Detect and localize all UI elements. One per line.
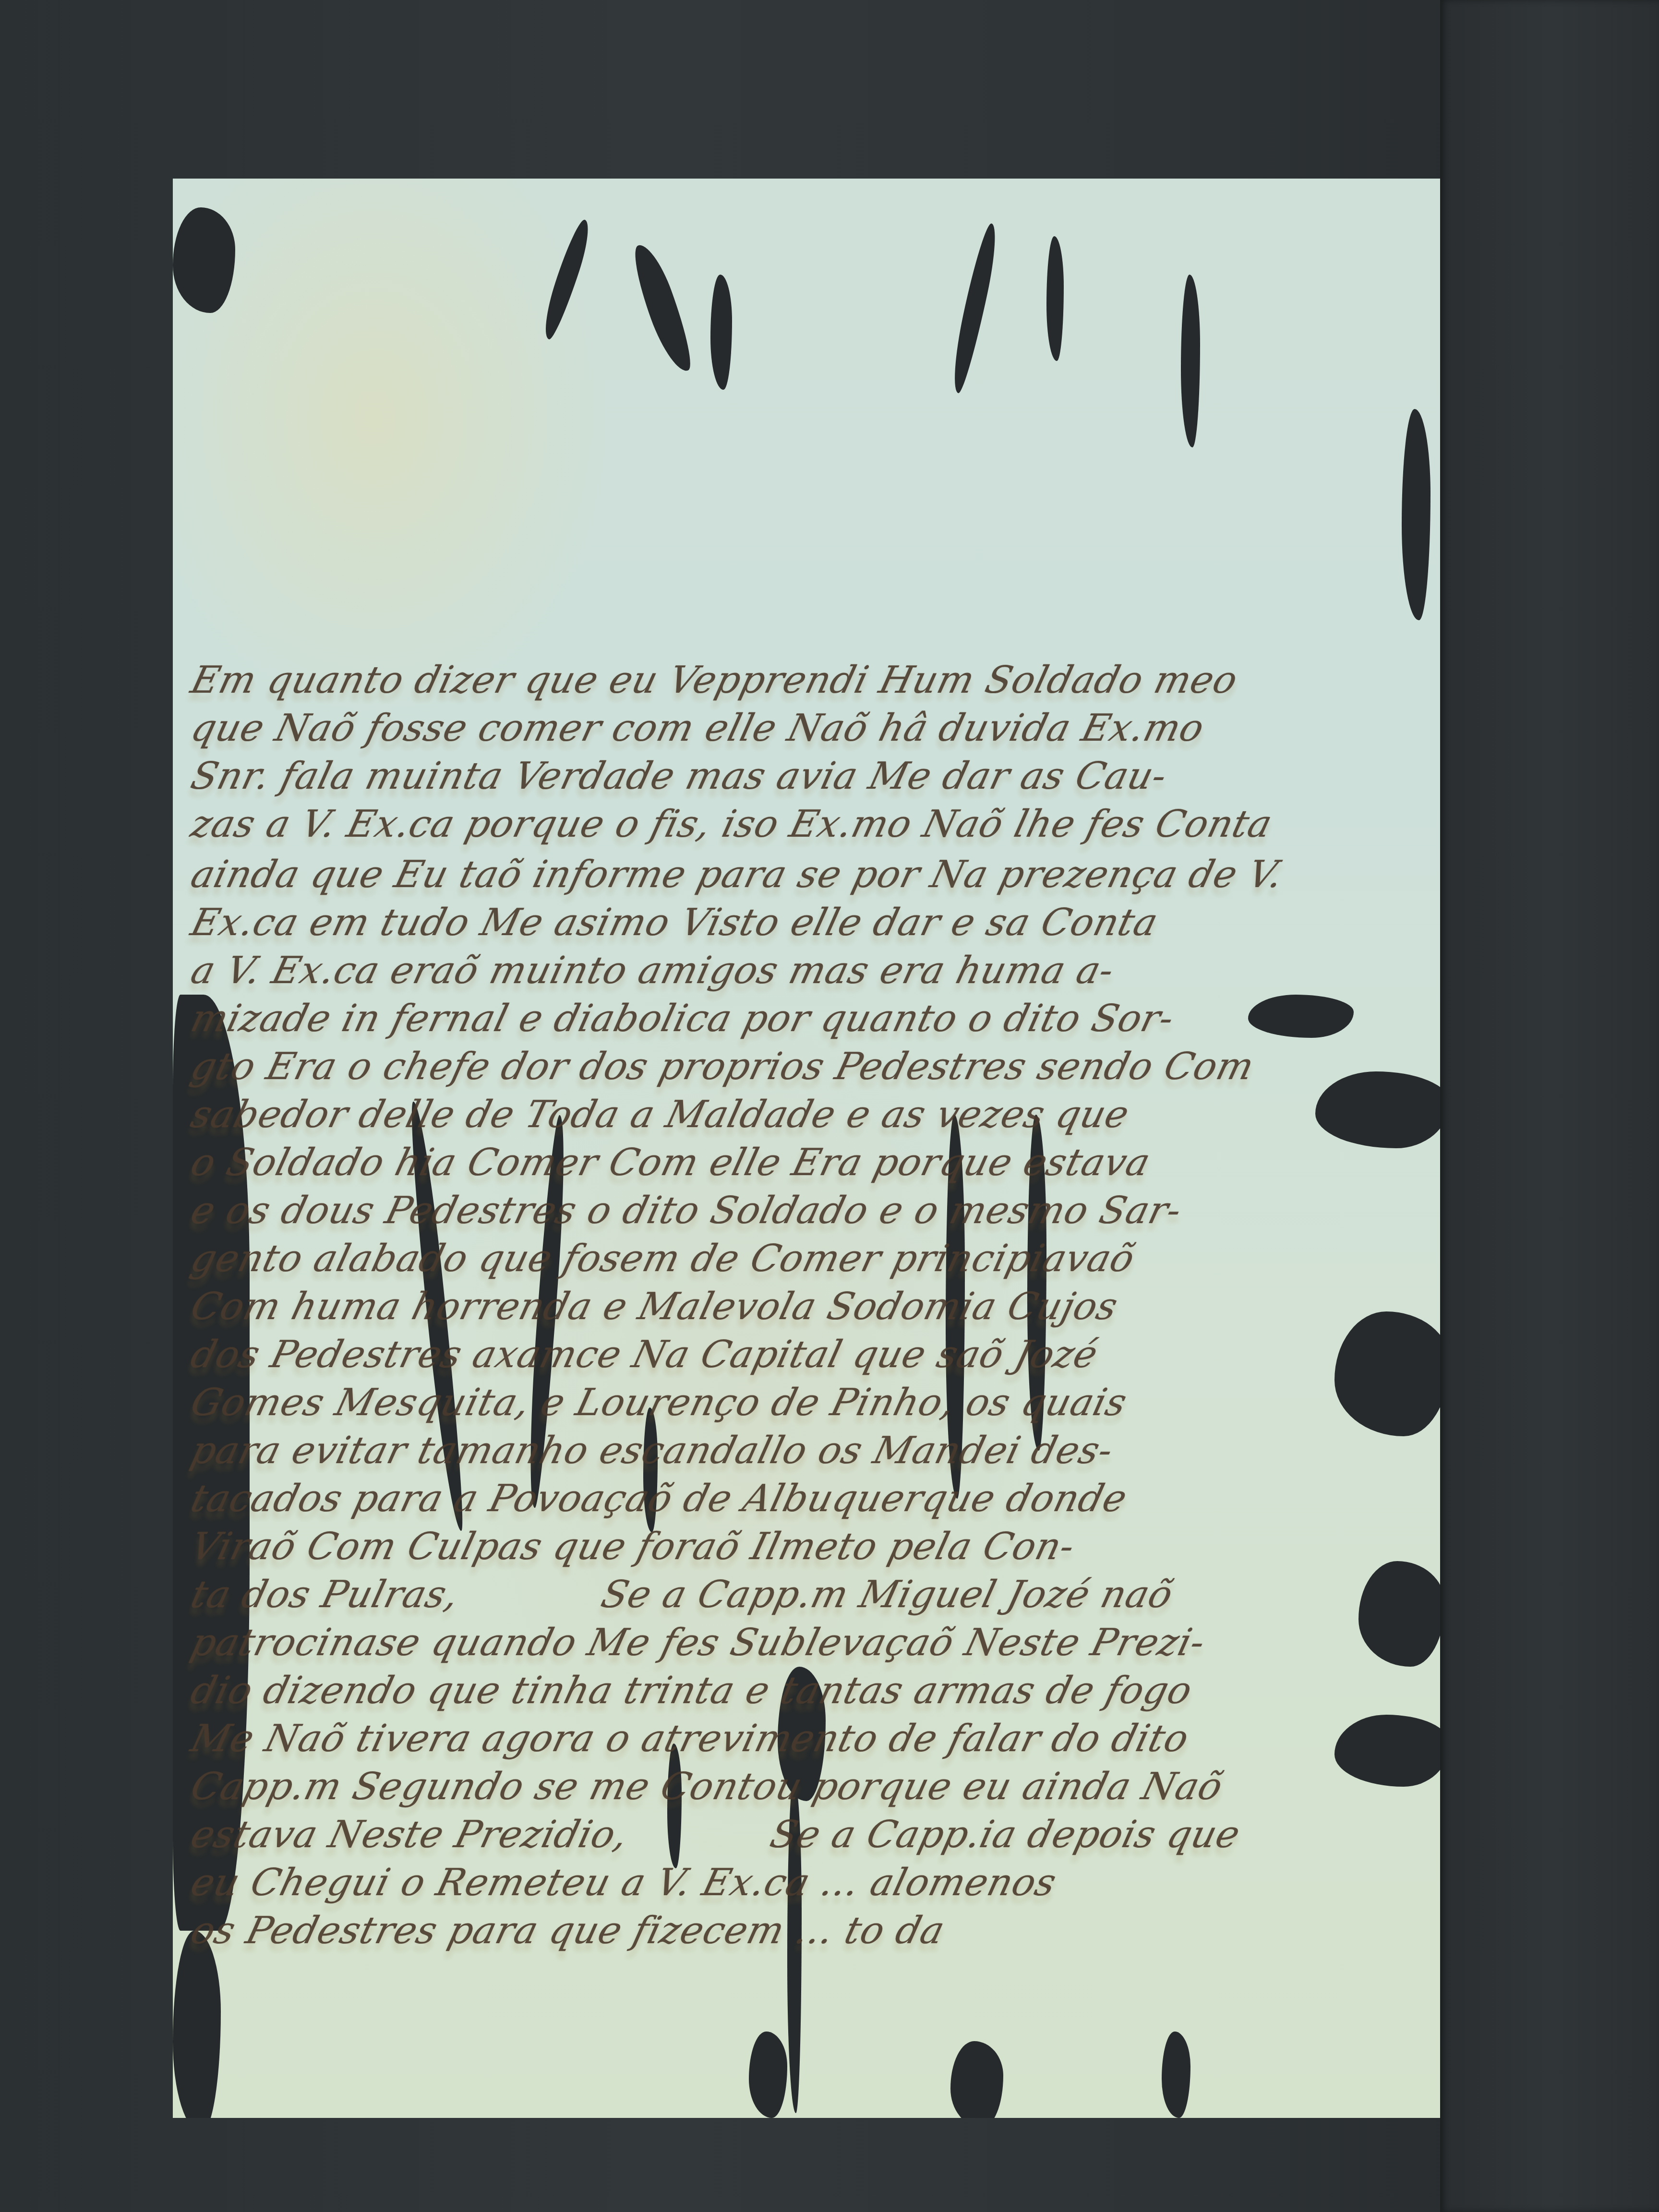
text-line: zas a V. Ex.ca porque o fis, iso Ex.mo N… xyxy=(187,803,1277,846)
text-line: estava Neste Prezidio,Se a Capp.ia depoi… xyxy=(187,1813,1245,1856)
damage-blot xyxy=(710,275,732,390)
text-line: eu Chegui o Remeteu a V. Ex.ca ... alome… xyxy=(187,1861,1061,1904)
text-line: Com huma horrenda e Malevola Sodomia Cuj… xyxy=(187,1285,1122,1328)
text-line: Capp.m Segundo se me Contou porque eu ai… xyxy=(187,1765,1227,1808)
damage-blot xyxy=(1315,1071,1440,1148)
scan-backdrop: Em quanto dizer que eu Vepprendi Hum Sol… xyxy=(0,0,1659,2212)
text-line: para evitar tamanho escandallo os Mandei… xyxy=(187,1429,1118,1472)
damage-blot xyxy=(1162,2032,1190,2118)
text-line: dio dizendo que tinha trinta e tantas ar… xyxy=(187,1669,1197,1712)
text-line: tacados para a Povoaçaõ de Albuquerque d… xyxy=(187,1477,1132,1520)
text-line: e os dous Pedestres o dito Soldado e o m… xyxy=(187,1189,1186,1232)
damage-blot xyxy=(173,1931,221,2118)
text-line: Gomes Mesquita, e Lourenço de Pinho, os … xyxy=(187,1381,1131,1424)
text-line: Me Naõ tivera agora o atrevimento de fal… xyxy=(187,1717,1193,1760)
damage-blot xyxy=(950,2041,1003,2118)
text-line: sabedor delle de Toda a Maldade e as vez… xyxy=(187,1093,1134,1136)
manuscript-page: Em quanto dizer que eu Vepprendi Hum Sol… xyxy=(173,179,1440,2118)
text-line: Viraõ Com Culpas que foraõ Ilmeto pela C… xyxy=(187,1525,1079,1568)
damage-blot xyxy=(947,222,1002,395)
text-line: patrocinase quando Me fes Sublevaçaõ Nes… xyxy=(187,1621,1210,1664)
damage-blot xyxy=(538,217,595,342)
text-line: a V. Ex.ca eraõ muinto amigos mas era hu… xyxy=(187,949,1119,992)
text-line: dos Pedestres axamce Na Capital que saõ … xyxy=(187,1333,1103,1376)
damage-blot xyxy=(1046,236,1064,361)
damage-blot xyxy=(173,207,235,313)
damage-blot xyxy=(1248,995,1354,1038)
text-line: que Naõ fosse comer com elle Naõ hâ duvi… xyxy=(187,707,1209,750)
text-line: gento alabado que fosem de Comer princip… xyxy=(187,1237,1140,1280)
text-line: Ex.ca em tudo Me asimo Visto elle dar e … xyxy=(187,901,1163,944)
damage-blot xyxy=(1334,1311,1440,1436)
text-line: Em quanto dizer que eu Vepprendi Hum Sol… xyxy=(187,659,1242,702)
damage-blot xyxy=(1334,1715,1440,1787)
text-line: Snr. fala muinta Verdade mas avia Me dar… xyxy=(187,755,1172,798)
text-line: o Soldado hia Comer Com elle Era porque … xyxy=(187,1141,1155,1184)
text-line: mizade in fernal e diabolica por quanto … xyxy=(187,997,1178,1040)
text-line: gto Era o chefe dor dos proprios Pedestr… xyxy=(187,1045,1259,1088)
text-line: ainda que Eu taõ informe para se por Na … xyxy=(187,853,1288,896)
damage-blot xyxy=(1358,1561,1440,1667)
text-line: ta dos Pulras,Se a Capp.m Miguel Jozé na… xyxy=(187,1573,1178,1616)
damage-blot xyxy=(626,240,699,376)
damage-blot xyxy=(749,2032,787,2118)
text-line: os Pedestres para que fizecem ... to da xyxy=(187,1909,950,1952)
damage-blot xyxy=(1402,409,1431,620)
damage-blot xyxy=(1181,275,1200,447)
backing-board xyxy=(1440,0,1659,2212)
